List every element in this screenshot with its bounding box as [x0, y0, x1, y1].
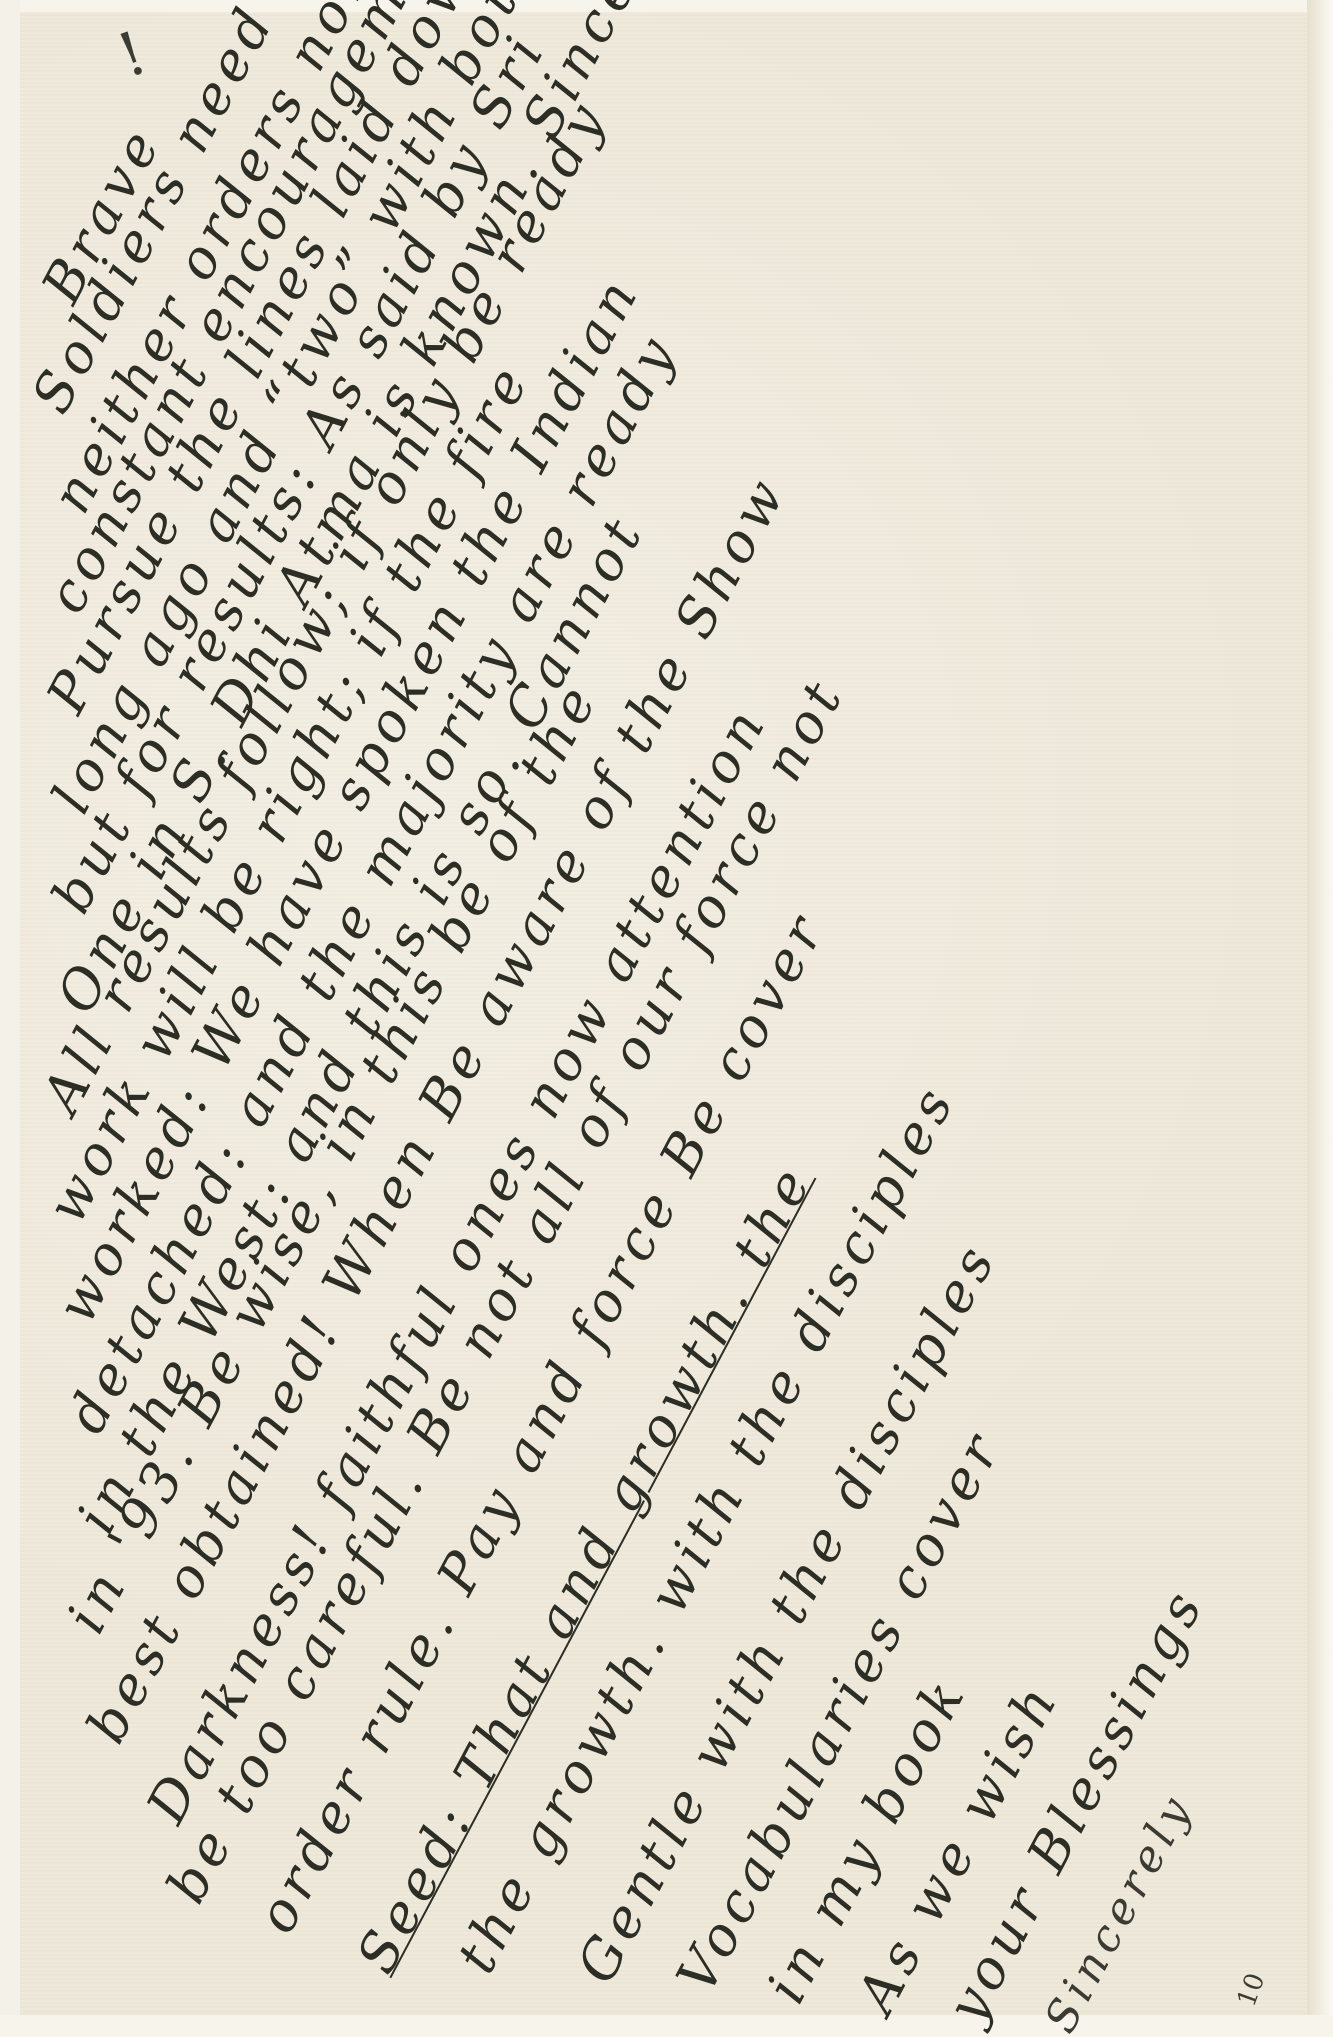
- page-top-edge: [0, 0, 1333, 12]
- book-binding-shadow: [1307, 0, 1333, 2037]
- page-left-edge: [0, 0, 20, 2037]
- page-bottom-edge: [0, 2015, 1333, 2037]
